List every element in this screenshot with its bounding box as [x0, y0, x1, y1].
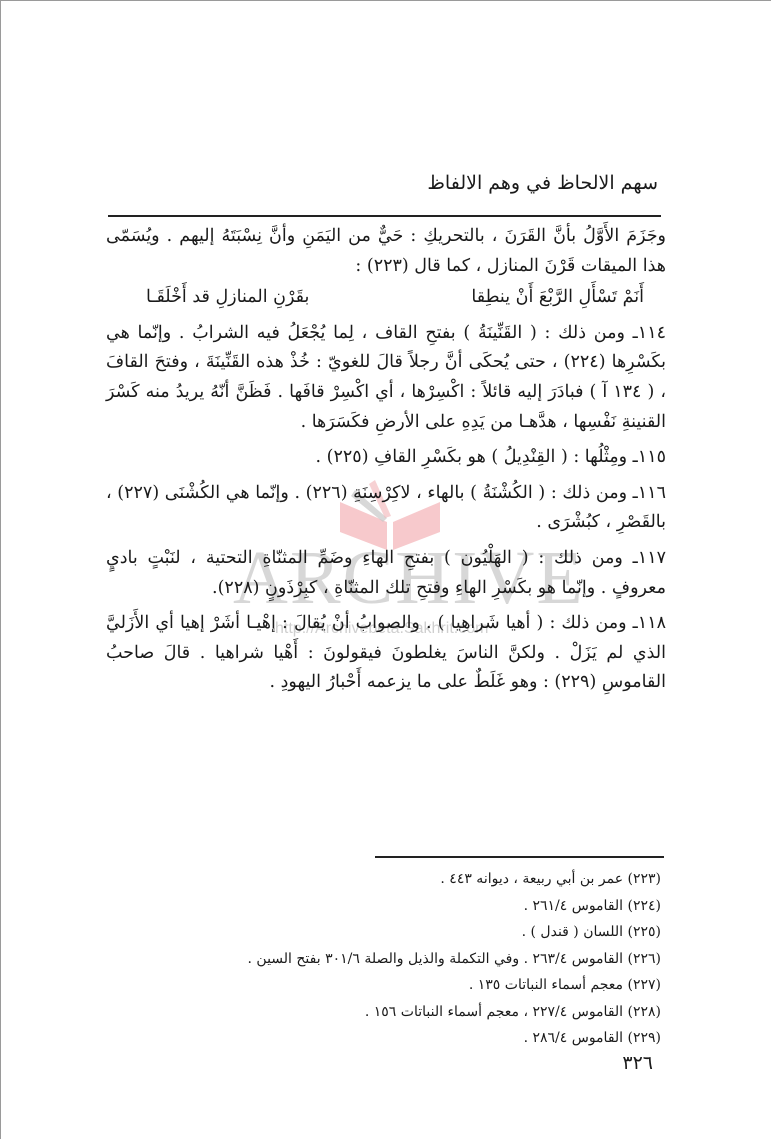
entry-116: ١١٦ـ ومن ذلك : ( الكُشْنَةُ ) بالهاء ، ل…: [106, 479, 666, 538]
footnotes: (٢٢٣) عمر بن أبي ربيعة ، ديوانه ٤٤٣ . (٢…: [141, 866, 661, 1052]
entry-114: ١١٤ـ ومن ذلك : ( القَنِّينَةُ ) بفتحِ ال…: [106, 319, 666, 437]
entry-118: ١١٨ـ ومن ذلك : ( أهيا شَراهِيا ) . والصو…: [106, 609, 666, 698]
entry-115: ١١٥ـ ومِثْلُها : ( القِنْدِيلُ ) هو بكَس…: [106, 443, 666, 473]
running-head: سهم الالحاظ في وهم الالفاظ: [427, 172, 658, 194]
footnote-229: (٢٢٩) القاموس ٢٨٦/٤ .: [141, 1025, 661, 1052]
footnote-rule: [375, 856, 664, 858]
footnote-225: (٢٢٥) اللسان ( قندل ) .: [141, 919, 661, 946]
verse-second-hemistich: بقَرْنِ المنازلِ قد أَخْلَقَـا: [146, 283, 309, 313]
entry-117: ١١٧ـ ومن ذلك : ( الهَلْيُون ) بفتحِ الها…: [106, 544, 666, 603]
page-number: ٣٢٦: [622, 1052, 653, 1074]
main-text: وجَزَمَ الأَوَّلُ بأنَّ القَرَنَ ، بالتح…: [106, 222, 666, 698]
verse-line: أَنَمْ تَسْأَلِ الرَّبْعَ أَنْ ينطِقا بق…: [106, 283, 666, 313]
verse-first-hemistich: أَنَمْ تَسْأَلِ الرَّبْعَ أَنْ ينطِقا: [471, 283, 644, 313]
footnote-226: (٢٢٦) القاموس ٢٦٣/٤ . وفي التكملة والذيل…: [141, 946, 661, 973]
footnote-224: (٢٢٤) القاموس ٢٦١/٤ .: [141, 893, 661, 920]
footnote-227: (٢٢٧) معجم أسماء النباتات ١٣٥ .: [141, 972, 661, 999]
header-rule: [108, 215, 661, 217]
footnote-228: (٢٢٨) القاموس ٢٢٧/٤ ، معجم أسماء النباتا…: [141, 999, 661, 1026]
footnote-223: (٢٢٣) عمر بن أبي ربيعة ، ديوانه ٤٤٣ .: [141, 866, 661, 893]
paragraph-continuation: وجَزَمَ الأَوَّلُ بأنَّ القَرَنَ ، بالتح…: [106, 222, 666, 281]
